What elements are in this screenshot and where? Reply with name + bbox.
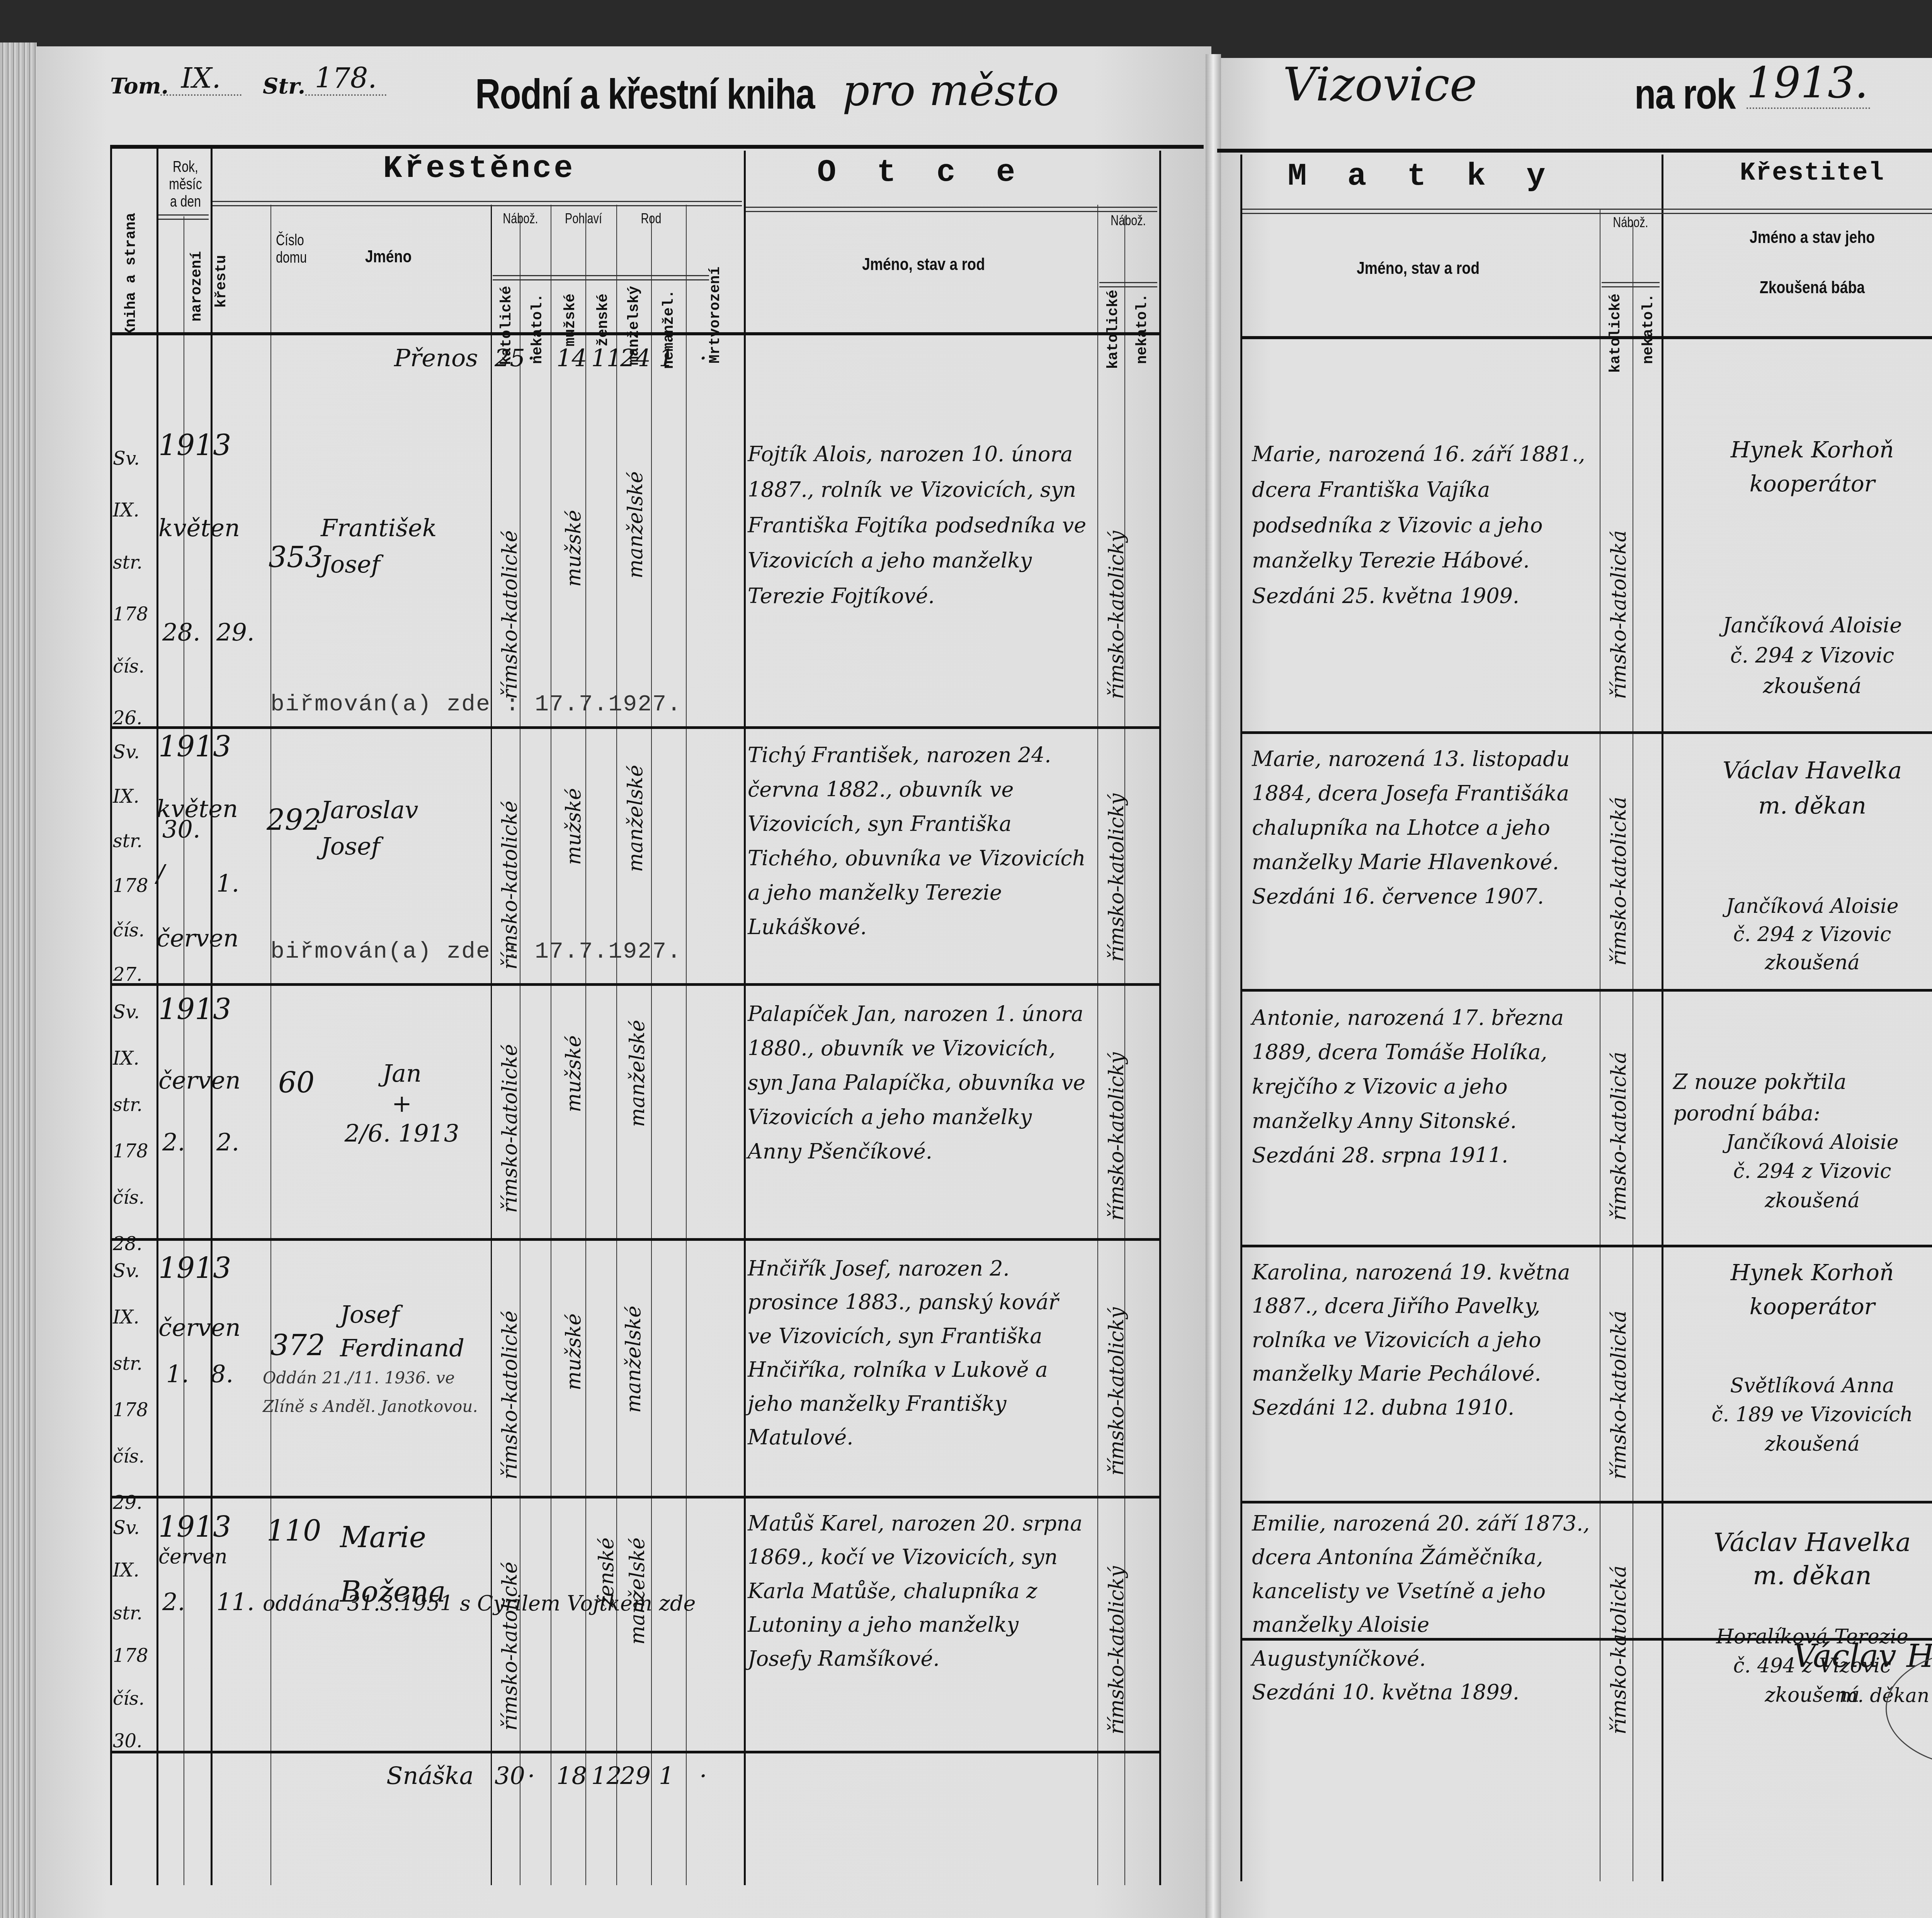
totals-label: Snáška <box>386 1762 474 1790</box>
midwife: Světlíková Anna č. 189 ve Vizovicích zko… <box>1673 1371 1932 1459</box>
row-divider <box>112 726 1159 729</box>
mother-religion: římsko-katolická <box>1607 448 1631 699</box>
father-religion: římsko-katolický <box>1105 1518 1128 1735</box>
col-narozeni: narození <box>189 251 205 321</box>
house-number: 292 <box>267 804 321 837</box>
birth-month: červen <box>158 1313 241 1342</box>
col-matky-nekatol: nekatol. <box>1640 294 1657 364</box>
totals-nemanzel: 1 <box>659 1762 674 1790</box>
col-divider <box>184 216 184 1885</box>
father-details: Palapíček Jan, narozen 1. února 1880., o… <box>748 997 1088 1169</box>
header-rule <box>1242 209 1932 214</box>
col-divider <box>491 205 492 1885</box>
row-divider <box>1242 1245 1932 1247</box>
matky-band: M a t k y <box>1248 158 1596 194</box>
mother-details: Karolina, narozená 19. května 1887., dce… <box>1252 1255 1592 1424</box>
totals-mrtvorozeni: · <box>699 1762 707 1790</box>
child-name: Josef Ferdinand <box>340 1298 495 1365</box>
birth-year: 1913 <box>158 993 231 1026</box>
col-divider <box>1097 205 1098 1885</box>
col-cislo-domu: Číslo domu <box>276 232 304 267</box>
carry-over-muzske: 14 <box>556 344 587 372</box>
book-ref: Sv. IX. str. 178 čís. 26. <box>113 433 155 744</box>
baptism-day: 11. <box>216 1588 255 1616</box>
birth-year: 1913 <box>158 730 231 763</box>
birth-day: 1. <box>166 1360 189 1388</box>
birth-year: 1913 <box>158 1252 231 1285</box>
col-divider <box>1240 155 1242 1881</box>
year-value: 1913. <box>1747 58 1870 109</box>
birth-month: červen <box>158 1066 241 1094</box>
left-page-stack <box>0 42 37 1918</box>
child-name: Jan + 2/6. 1913 <box>321 1058 483 1148</box>
father-religion: římsko-katolický <box>1105 1259 1128 1476</box>
baptizer: Václav Havelka m. děkan <box>1673 753 1932 824</box>
col-zenske: ženské <box>595 294 612 347</box>
mother-details: Emilie, narozená 20. září 1873., dcera A… <box>1252 1507 1592 1709</box>
row-divider <box>112 1751 1159 1753</box>
header-rule <box>493 275 709 280</box>
baptism-day: 2. <box>216 1128 239 1156</box>
mother-details: Marie, narozená 13. listopadu 1884, dcer… <box>1252 742 1592 914</box>
birth-day: 30. <box>162 815 201 843</box>
totals-nekatol: · <box>527 1762 535 1790</box>
header-rule <box>158 214 209 220</box>
father-religion: římsko-katolický <box>1105 448 1128 699</box>
krestitel-band: Křestitel <box>1665 158 1932 187</box>
sex: mužské <box>562 510 585 587</box>
col-matky-naboz: Nábož. <box>1607 214 1654 231</box>
header-bottom-rule <box>1242 336 1932 339</box>
birth-day: 2. <box>162 1588 185 1616</box>
legitimacy: manželské <box>626 1020 649 1127</box>
col-muzske: mužské <box>562 294 579 347</box>
father-details: Tichý František, narozen 24. června 1882… <box>748 738 1088 945</box>
religion: římsko-katolické <box>498 753 522 970</box>
col-divider <box>686 205 687 1885</box>
father-details: Matůš Karel, narozen 20. srpna 1869., ko… <box>748 1507 1088 1675</box>
legitimacy: manželské <box>624 471 647 579</box>
father-religion: římsko-katolický <box>1105 746 1128 962</box>
mother-religion: římsko-katolická <box>1607 1518 1631 1735</box>
krestence-band: Křestěnce <box>216 151 742 187</box>
header-rule <box>746 207 1157 212</box>
sex: mužské <box>562 788 585 865</box>
header-bottom-rule <box>112 332 1159 335</box>
col-pohlavi: Pohlaví <box>559 211 608 227</box>
str-label: Str. <box>263 73 305 99</box>
sex: mužské <box>562 1035 585 1112</box>
legitimacy: manželské <box>622 1306 645 1413</box>
carry-over-zenske: 11 <box>591 344 622 372</box>
otce-band: O t c e <box>750 155 1094 190</box>
col-otce-katolicke: katolické <box>1105 290 1122 369</box>
religion: římsko-katolické <box>498 1514 522 1731</box>
baptizer: Z nouze pokřtila porodní bába: <box>1673 1066 1932 1129</box>
col-matky-katolicke: katolické <box>1607 294 1624 373</box>
col-divider <box>1600 209 1600 1881</box>
col-divider <box>1159 151 1161 1885</box>
mother-details: Antonie, narozená 17. března 1889, dcera… <box>1252 1001 1592 1172</box>
religion: římsko-katolické <box>498 1263 522 1480</box>
book-ref: Sv. IX. str. 178 čís. 30. <box>113 1507 155 1762</box>
house-number: 353 <box>269 541 323 574</box>
carry-over-nemanzel: 1 <box>659 344 674 372</box>
col-divider <box>270 205 271 1885</box>
birth-month: květen <box>158 514 240 542</box>
birth-day: 2. <box>162 1128 185 1156</box>
top-rule-left <box>110 145 1204 149</box>
totals-muzske: 18 <box>556 1762 587 1790</box>
year-label: na rok <box>1634 70 1735 119</box>
mother-religion: římsko-katolická <box>1607 1004 1631 1221</box>
birth-month: červen <box>158 1545 227 1568</box>
tom-label: Tom. <box>110 73 168 99</box>
col-otce-jmeno: Jméno, stav a rod <box>796 255 1052 274</box>
col-mrtvorozeni: Mrtvorození <box>707 267 724 364</box>
baptism-day: 29. <box>216 618 255 646</box>
marriage-annotation: Oddán 21./11. 1936. ve Zlíně s Anděl. Ja… <box>263 1364 495 1420</box>
birth-year: 1913 <box>158 1510 231 1544</box>
col-divider <box>616 205 617 1885</box>
carry-over-label: Přenos <box>394 344 478 372</box>
col-rok-mesic-den: Rok, měsíc a den <box>167 158 204 211</box>
col-otce-nekatol: nekatol. <box>1134 294 1151 364</box>
mother-religion: římsko-katolická <box>1607 1263 1631 1480</box>
row-divider <box>1242 1501 1932 1503</box>
totals-zenske: 12 <box>591 1762 622 1790</box>
town-name: Vizovice <box>1283 58 1477 112</box>
child-name: František Josef <box>321 510 483 583</box>
register-title: Rodní a křestní kniha <box>475 70 815 119</box>
confirmation-stamp: biřmován(a) zde : 17.7.1927. <box>270 691 682 718</box>
birth-year: 1913 <box>158 429 231 462</box>
col-kniha-strana: Kniha a strana <box>123 240 139 336</box>
row-divider <box>1242 989 1932 992</box>
baptizer: Hynek Korhoň kooperátor <box>1673 433 1932 501</box>
str-value: 178. <box>305 62 386 96</box>
confirmation-stamp: biřmován(a) zde : 17.7.1927. <box>270 939 682 965</box>
sex: mužské <box>562 1313 585 1390</box>
frame-left <box>110 147 112 1885</box>
book-ref: Sv. IX. str. 178 čís. 27. <box>113 730 155 997</box>
father-details: Fojtík Alois, narozen 10. února 1887., r… <box>748 437 1088 614</box>
birth-day: 28. <box>162 618 201 646</box>
house-number: 110 <box>267 1514 321 1548</box>
father-details: Hnčiřík Josef, narozen 2. prosince 1883.… <box>748 1252 1088 1454</box>
header-rule <box>1099 282 1157 287</box>
midwife: Jančíková Aloisie č. 294 z Vizovic zkouš… <box>1673 892 1932 977</box>
open-register-book: Tom. IX. Str. 178. Rodní a křestní kniha… <box>0 0 1932 1918</box>
col-divider <box>744 151 746 1885</box>
legitimacy: manželské <box>624 765 647 872</box>
header-rule <box>1602 282 1660 287</box>
totals-manzelsky: 29 <box>620 1762 651 1790</box>
religion: římsko-katolické <box>498 448 522 699</box>
midwife: Jančíková Aloisie č. 294 z Vizovic zkouš… <box>1673 1128 1932 1215</box>
house-number: 372 <box>270 1329 325 1362</box>
row-divider <box>1242 731 1932 734</box>
mother-details: Marie, narozená 16. září 1881., dcera Fr… <box>1252 437 1592 614</box>
col-rod: Rod <box>625 211 677 227</box>
house-number: 60 <box>278 1066 315 1099</box>
birth-month: květen / červen <box>156 776 211 970</box>
carry-over-nekatol: · <box>527 344 535 372</box>
col-zkousena-baba: Zkoušená bába <box>1694 278 1930 297</box>
sex: ženské <box>595 1537 618 1607</box>
book-gutter <box>1206 54 1221 1918</box>
col-otce-naboz: Nábož. <box>1105 212 1151 229</box>
baptism-day: 8. <box>211 1360 233 1388</box>
row-divider <box>112 983 1159 986</box>
header-rule <box>213 201 742 206</box>
religion: římsko-katolické <box>498 997 522 1213</box>
carry-over-mrtvorozeni: · <box>699 344 707 372</box>
legitimacy: manželské <box>626 1537 649 1645</box>
child-name: Jaroslav Josef <box>321 792 483 865</box>
carry-over-katolicke: 25 <box>495 344 525 372</box>
col-divider <box>1662 155 1663 1881</box>
title-handwritten-suffix: pro město <box>842 66 1059 115</box>
midwife: Jančíková Aloisie č. 294 z Vizovic zkouš… <box>1673 610 1932 701</box>
col-divider <box>551 205 551 1885</box>
carry-over-manzelsky: 24 <box>620 344 651 372</box>
col-krestitel-jmeno: Jméno a stav jeho <box>1694 228 1930 247</box>
tom-value: IX. <box>160 62 241 96</box>
col-divider <box>651 216 652 1885</box>
book-ref: Sv. IX. str. 178 čís. 29. <box>113 1248 155 1526</box>
col-jmeno: Jméno <box>347 247 430 267</box>
col-divider <box>585 216 586 1885</box>
father-religion: římsko-katolický <box>1105 1004 1128 1221</box>
col-divider <box>1633 224 1633 1881</box>
col-matky-jmeno: Jméno, stav a rod <box>1284 259 1553 278</box>
totals-katolicke: 30 <box>495 1762 525 1790</box>
baptism-day: 1. <box>216 869 239 897</box>
top-rule-right <box>1217 149 1932 153</box>
baptizer: Václav Havelka m. děkan <box>1673 1526 1932 1592</box>
col-naboz: Nábož. <box>497 211 544 227</box>
mother-religion: římsko-katolická <box>1607 749 1631 966</box>
book-ref: Sv. IX. str. 178 čís. 28. <box>113 989 155 1267</box>
col-krestu: křestu <box>213 255 230 308</box>
row-divider <box>112 1496 1159 1498</box>
row-divider <box>112 1238 1159 1241</box>
baptizer: Hynek Korhoň kooperátor <box>1673 1255 1932 1323</box>
